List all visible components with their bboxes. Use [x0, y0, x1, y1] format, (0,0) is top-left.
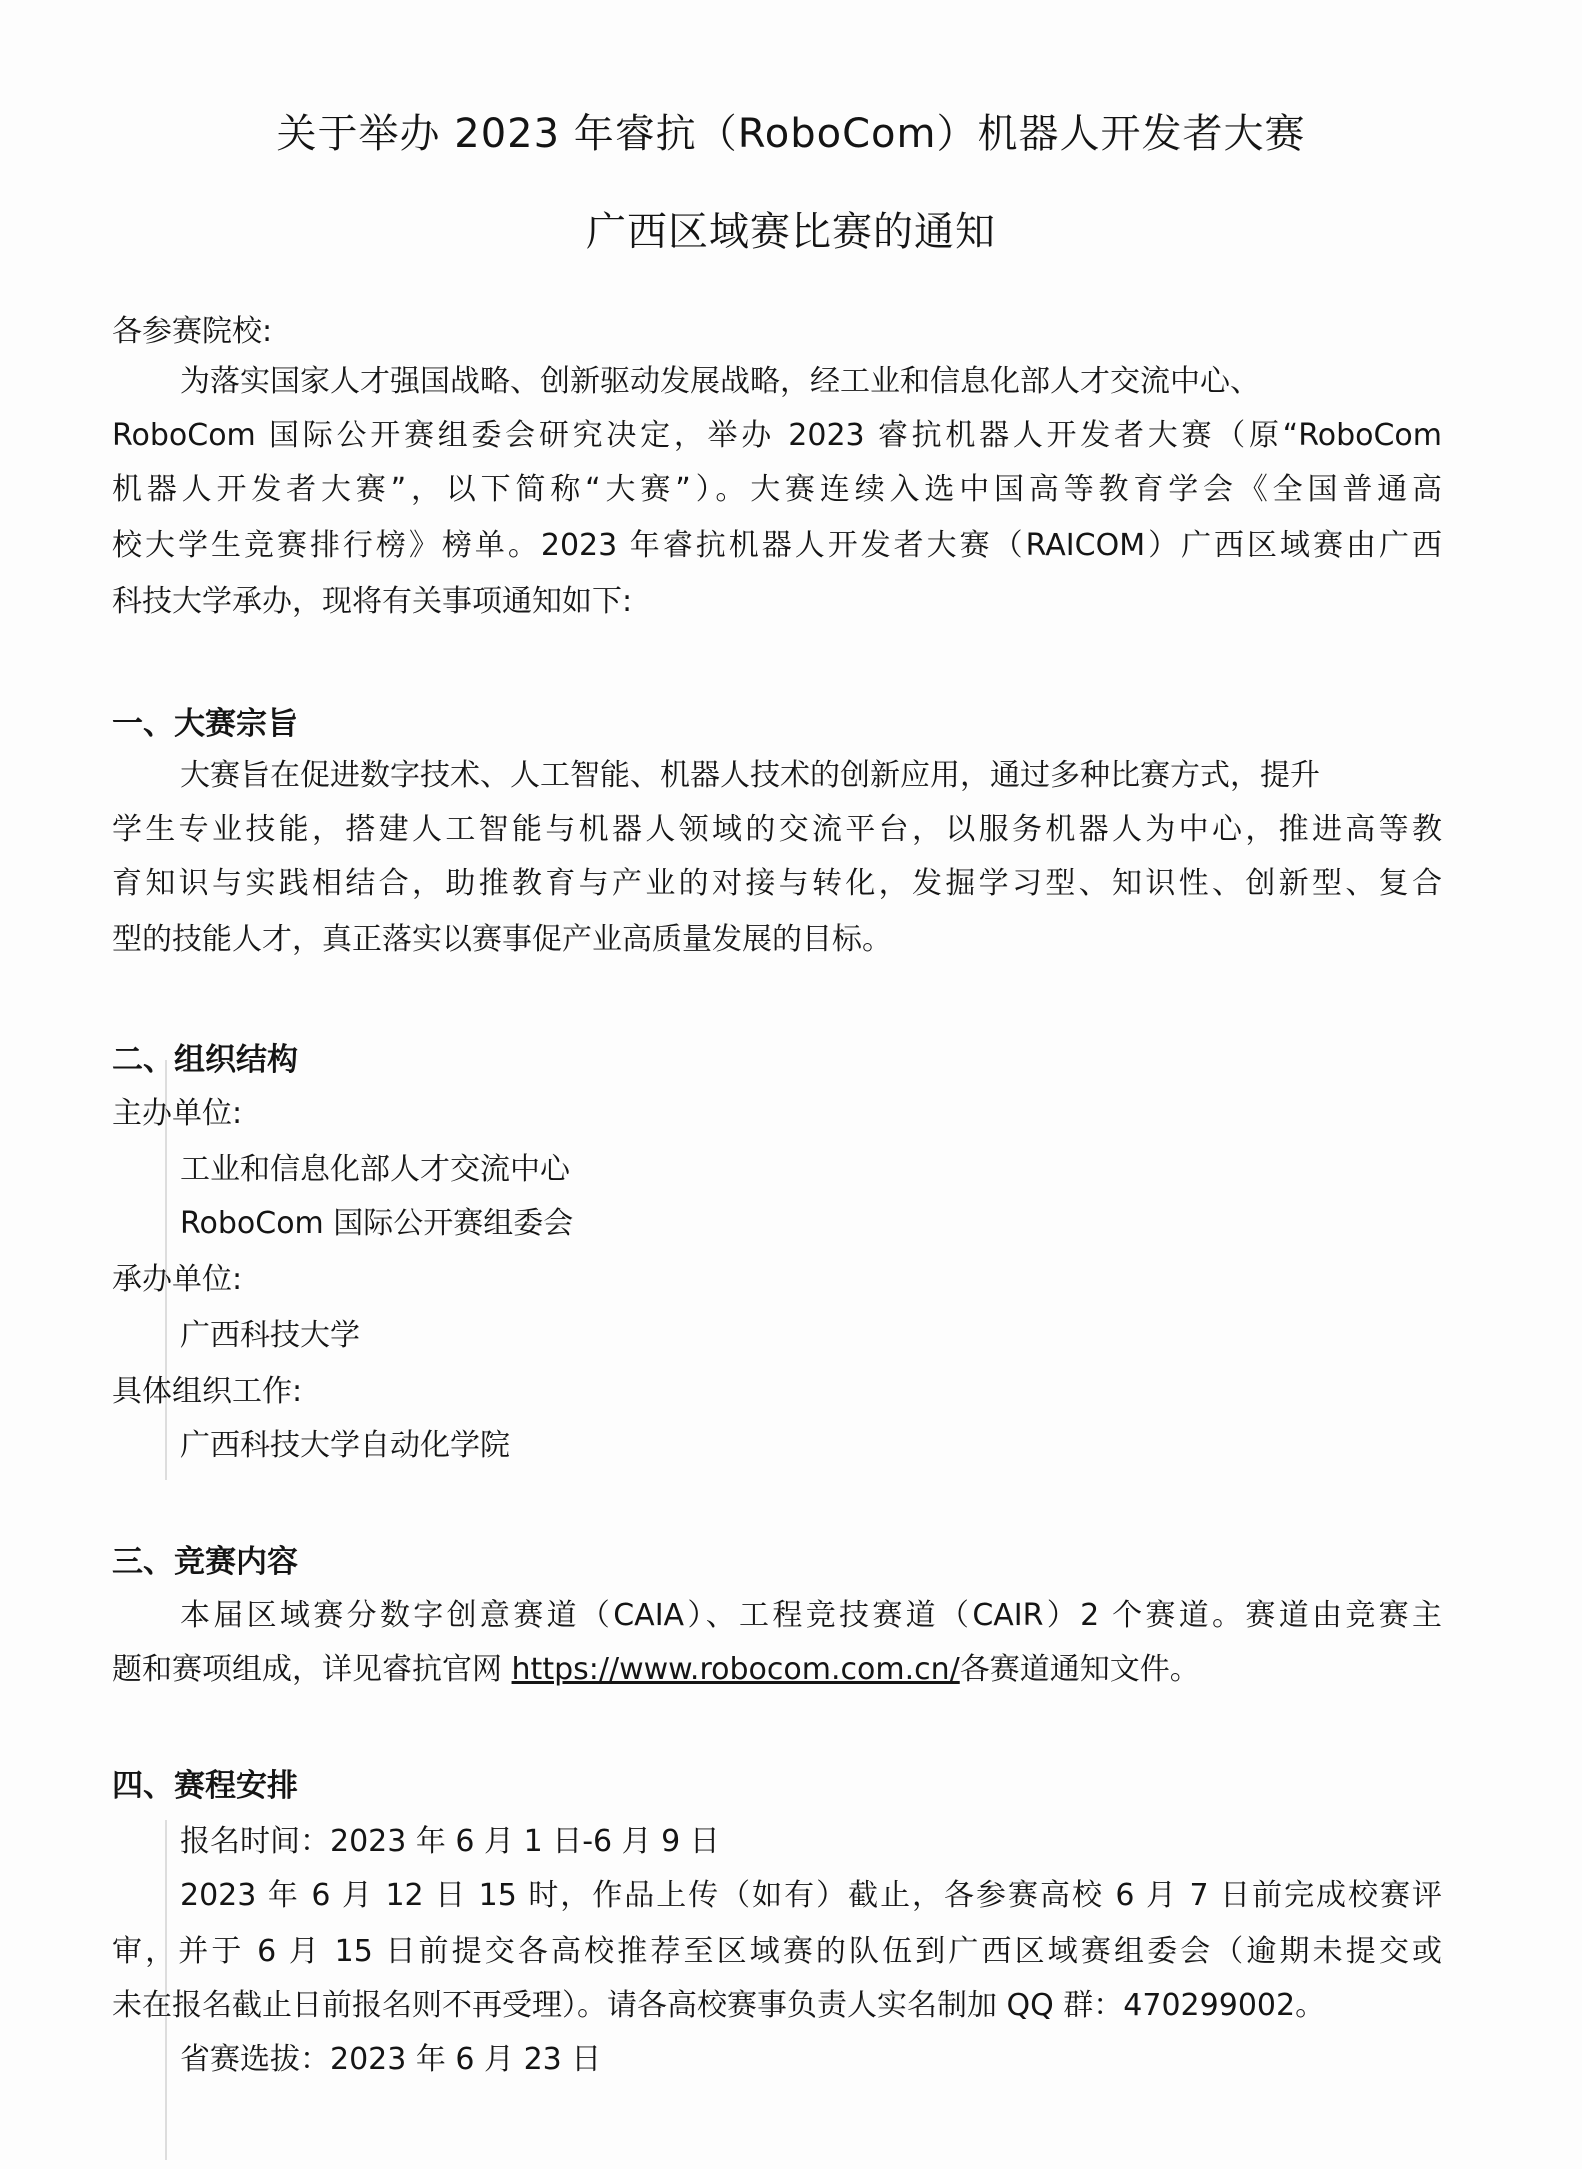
host-label: 承办单位:	[112, 1260, 242, 1300]
section-heading-content: 三、竞赛内容	[112, 1542, 298, 1582]
content-text: 各赛道通知文件。	[960, 1652, 1200, 1687]
salutation: 各参赛院校:	[112, 312, 272, 352]
intro-line: 机器人开发者大赛”，以下简称“大赛”）。大赛连续入选中国高等教育学会《全国普通高	[112, 470, 1442, 510]
schedule-line: 审，并于 6 月 15 日前提交各高校推荐至区域赛的队伍到广西区域赛组委会（逾期…	[112, 1932, 1442, 1972]
purpose-line: 育知识与实践相结合，助推教育与产业的对接与转化，发掘学习型、知识性、创新型、复合	[112, 864, 1442, 904]
content-text: 题和赛项组成，详见睿抗官网	[112, 1652, 512, 1687]
executor-item: 广西科技大学自动化学院	[180, 1426, 510, 1466]
organizer-label: 主办单位:	[112, 1094, 242, 1134]
purpose-line: 学生专业技能，搭建人工智能与机器人领域的交流平台，以服务机器人为中心，推进高等教	[112, 810, 1442, 850]
document-page: 关于举办 2023 年睿抗（RoboCom）机器人开发者大赛 广西区域赛比赛的通…	[0, 0, 1582, 2169]
schedule-line: 2023 年 6 月 12 日 15 时，作品上传（如有）截止，各参赛高校 6 …	[180, 1876, 1442, 1916]
document-title-line1: 关于举办 2023 年睿抗（RoboCom）机器人开发者大赛	[0, 102, 1582, 159]
content-line: 本届区域赛分数字创意赛道（CAIA）、工程竞技赛道（CAIR）2 个赛道。赛道由…	[180, 1596, 1442, 1636]
schedule-line: 未在报名截止日前报名则不再受理）。请各高校赛事负责人实名制加 QQ 群：4702…	[112, 1986, 1325, 2026]
intro-line: 为落实国家人才强国战略、创新驱动发展战略，经工业和信息化部人才交流中心、	[180, 362, 1260, 402]
provincial-selection: 省赛选拔：2023 年 6 月 23 日	[180, 2040, 601, 2080]
registration-time: 报名时间：2023 年 6 月 1 日-6 月 9 日	[180, 1822, 720, 1862]
organizer-item: RoboCom 国际公开赛组委会	[180, 1204, 573, 1244]
intro-line: 科技大学承办，现将有关事项通知如下:	[112, 582, 632, 622]
document-title-line2: 广西区域赛比赛的通知	[0, 200, 1582, 257]
section-heading-purpose: 一、大赛宗旨	[112, 704, 298, 744]
intro-line: RoboCom 国际公开赛组委会研究决定，举办 2023 睿抗机器人开发者大赛（…	[112, 416, 1442, 456]
content-line: 题和赛项组成，详见睿抗官网 https://www.robocom.com.cn…	[112, 1650, 1200, 1690]
robocom-website-link[interactable]: https://www.robocom.com.cn/	[512, 1652, 960, 1687]
intro-line: 校大学生竞赛排行榜》榜单。2023 年睿抗机器人开发者大赛（RAICOM）广西区…	[112, 526, 1442, 566]
organizer-item: 工业和信息化部人才交流中心	[180, 1150, 570, 1190]
section-heading-organization: 二、组织结构	[112, 1040, 298, 1080]
purpose-line: 大赛旨在促进数字技术、人工智能、机器人技术的创新应用，通过多种比赛方式，提升	[180, 756, 1320, 796]
purpose-line: 型的技能人才，真正落实以赛事促产业高质量发展的目标。	[112, 920, 892, 960]
section-heading-schedule: 四、赛程安排	[112, 1766, 298, 1806]
host-item: 广西科技大学	[180, 1316, 360, 1356]
executor-label: 具体组织工作:	[112, 1372, 302, 1412]
